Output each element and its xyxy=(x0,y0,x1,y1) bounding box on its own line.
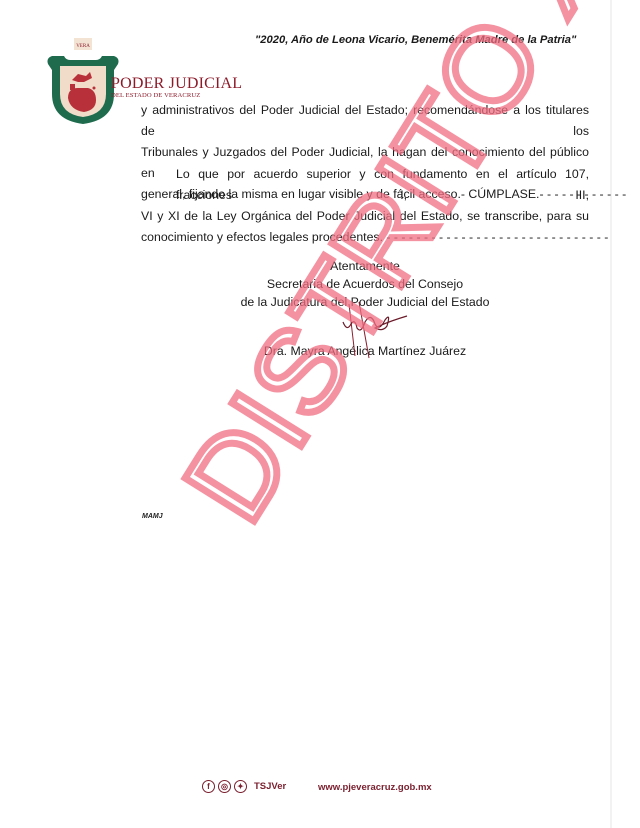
svg-text:VERA: VERA xyxy=(76,44,90,49)
scan-edge xyxy=(610,0,612,828)
twitter-icon[interactable]: ✦ xyxy=(234,780,247,793)
brand-title: PODER JUDICIAL xyxy=(111,75,242,93)
brand-subtitle: DEL ESTADO DE VERACRUZ xyxy=(111,92,200,99)
document-page: "2020, Año de Leona Vicario, Benemérita … xyxy=(0,0,640,828)
facebook-icon[interactable]: f xyxy=(202,780,215,793)
website-link[interactable]: www.pjeveracruz.gob.mx xyxy=(318,782,432,793)
social-handle[interactable]: TSJVer xyxy=(254,781,286,792)
footer-social: f ◎ ✦ TSJVer xyxy=(202,780,286,793)
instagram-icon[interactable]: ◎ xyxy=(218,780,231,793)
typist-initials: MAMJ xyxy=(142,513,163,520)
